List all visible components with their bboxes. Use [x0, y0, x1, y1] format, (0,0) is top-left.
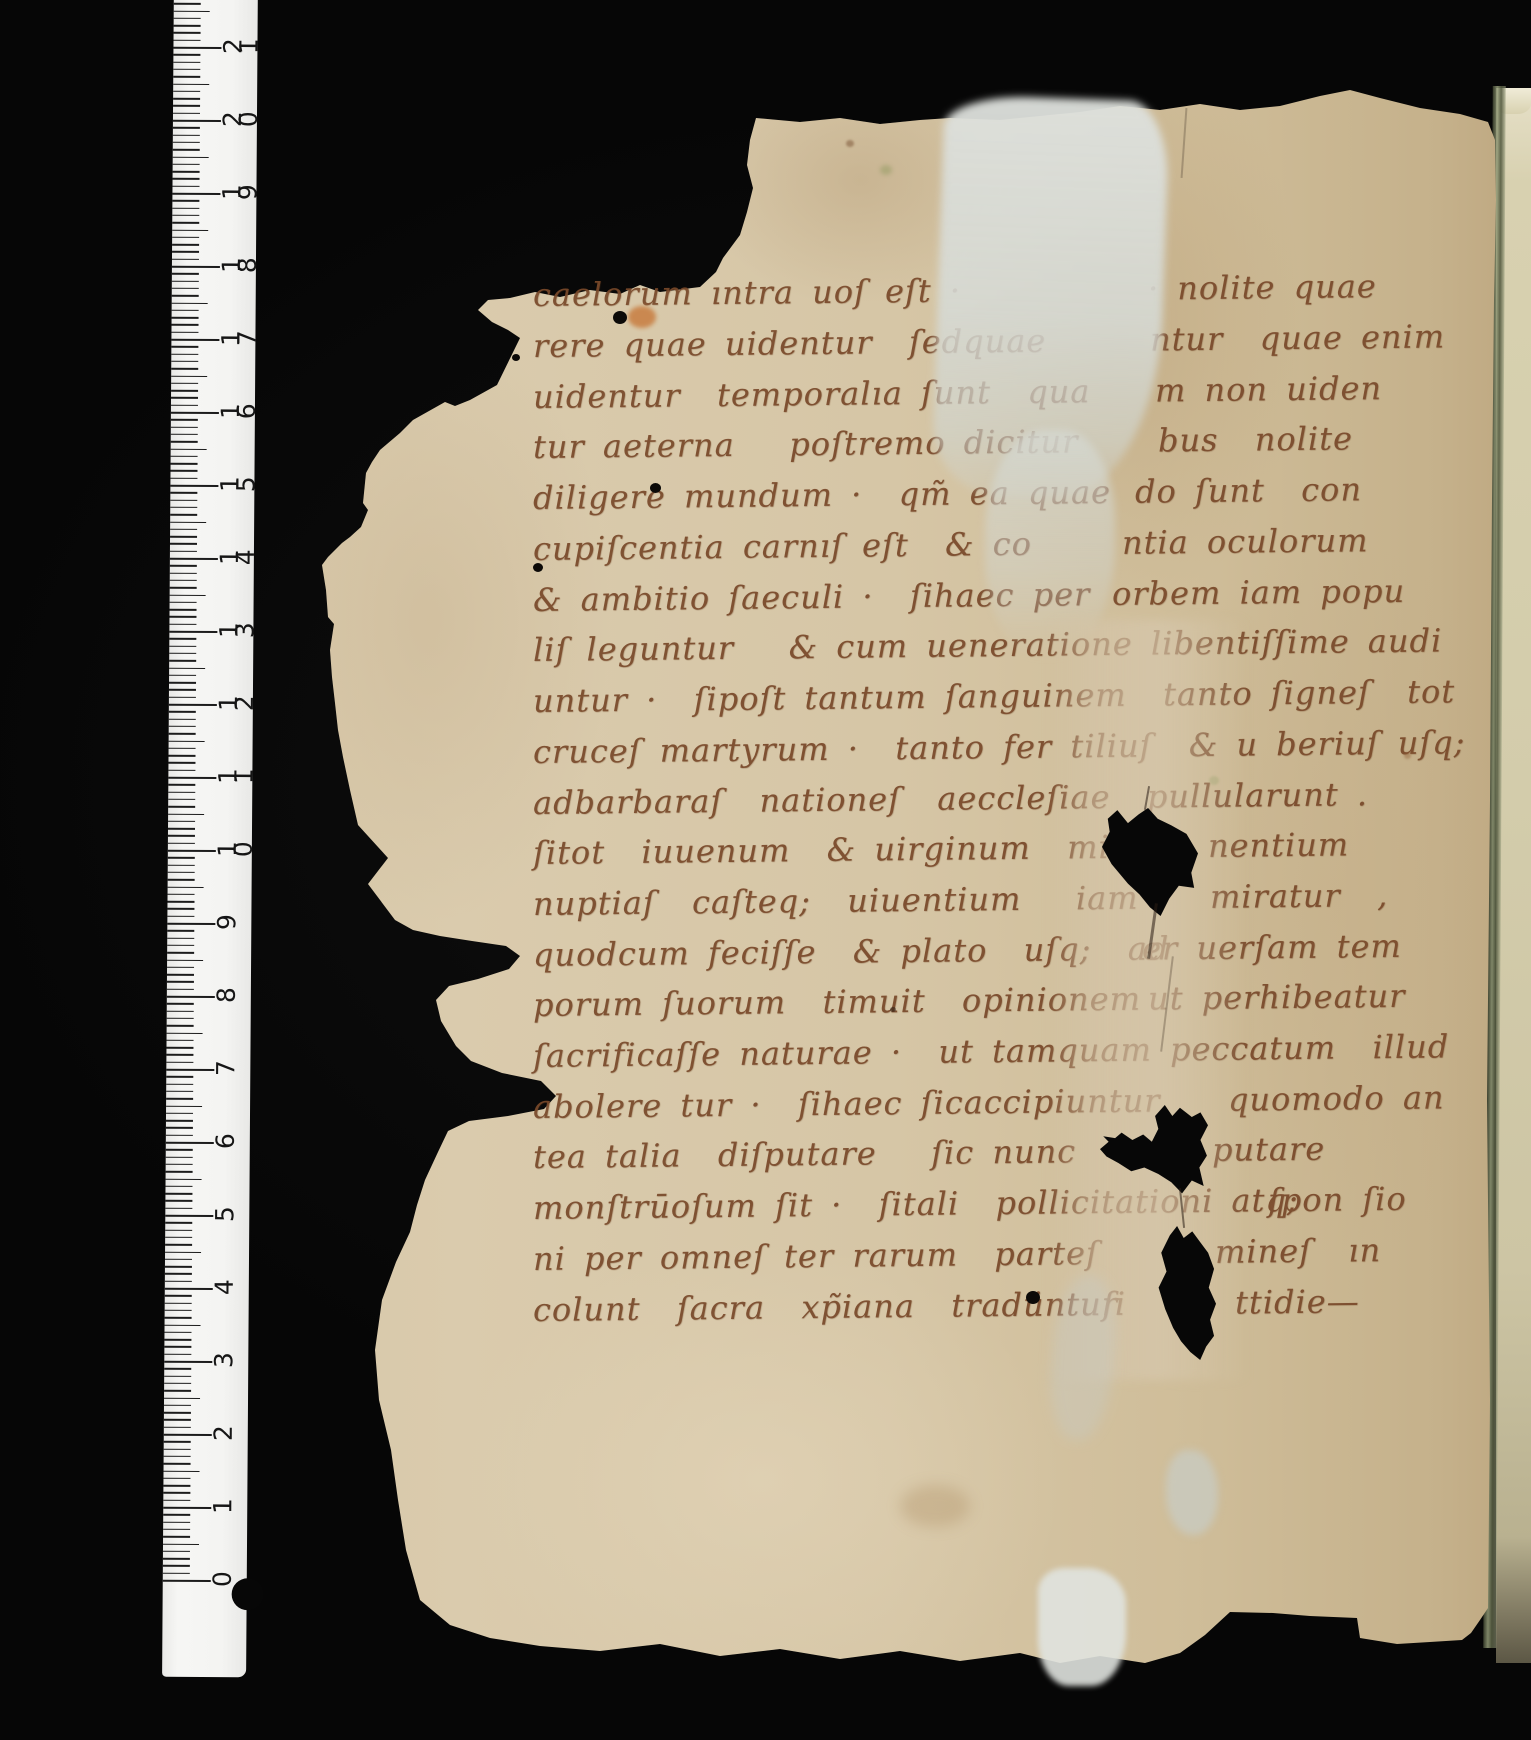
- cm-ruler: 0123456789101112131415161718192021: [162, 0, 258, 1677]
- ruler-number: 9: [219, 909, 235, 935]
- ruler-mm-tick: [167, 974, 194, 976]
- ruler-mm-tick: [166, 1164, 193, 1166]
- ruler-mm-tick: [164, 1470, 200, 1472]
- ruler-mm-tick: [163, 1572, 190, 1574]
- ruler-mm-tick: [173, 112, 200, 114]
- ruler-mm-tick: [169, 660, 196, 662]
- ruler-number: 4: [217, 1274, 233, 1300]
- ruler-mm-tick: [163, 1485, 190, 1487]
- ruler-mm-tick: [168, 813, 204, 815]
- line-segment: ntur quae enim: [1150, 314, 1446, 361]
- ruler-mm-tick: [168, 762, 195, 764]
- ruler-number: 8: [219, 982, 235, 1008]
- ruler-cm-tick: [164, 1434, 212, 1437]
- ruler-number: 7: [218, 1055, 234, 1081]
- ruler-mm-tick: [171, 383, 198, 385]
- ruler-mm-tick: [173, 54, 200, 56]
- ruler-mm-tick: [166, 1091, 193, 1093]
- ruler-mm-tick: [166, 1149, 193, 1151]
- ruler-mm-tick: [165, 1317, 192, 1319]
- ruler-mm-tick: [172, 207, 199, 209]
- ruler-mm-tick: [165, 1237, 192, 1239]
- brown-smudge: [900, 1485, 970, 1527]
- ruler-mm-tick: [174, 10, 210, 12]
- ruler-mm-tick: [165, 1207, 192, 1209]
- line-segment: ntia oculorum: [1122, 518, 1369, 565]
- brown-freckle: [846, 140, 854, 147]
- ruler-mm-tick: [166, 1185, 193, 1187]
- ruler-mm-tick: [163, 1529, 190, 1531]
- ruler-mm-tick: [163, 1499, 190, 1501]
- ruler-mm-tick: [173, 171, 200, 173]
- ruler-cm-tick: [170, 558, 218, 561]
- ruler-cm-tick: [171, 339, 219, 342]
- ruler-mm-tick: [170, 565, 197, 567]
- ruler-mm-tick: [167, 908, 194, 910]
- ruler-mm-tick: [169, 675, 196, 677]
- faded-ink-band: [1048, 620, 1248, 1380]
- ruler-mm-tick: [167, 945, 194, 947]
- ruler-mm-tick: [173, 91, 200, 93]
- ruler-mm-tick: [165, 1222, 192, 1224]
- ruler-cm-tick: [167, 923, 215, 926]
- ruler-mm-tick: [163, 1543, 199, 1545]
- line-segment: ni per omneſ ter rarum parteſ: [533, 1234, 1099, 1278]
- ruler-mm-tick: [169, 748, 196, 750]
- ruler-cm-tick: [170, 485, 218, 488]
- ruler-mm-tick: [166, 1054, 193, 1056]
- ruler-mm-tick: [170, 507, 197, 509]
- ruler-mm-tick: [170, 529, 197, 531]
- ruler-mm-tick: [167, 937, 194, 939]
- ruler-mm-tick: [168, 872, 195, 874]
- ruler-mm-tick: [167, 1025, 194, 1027]
- line-segment: liſ leguntur & cum ueneratione libentiſſ…: [533, 621, 1443, 669]
- ruler-mm-tick: [172, 251, 199, 253]
- ruler-mm-tick: [165, 1280, 192, 1282]
- ruler-mm-tick: [173, 142, 200, 144]
- ruler-mm-tick: [169, 755, 196, 757]
- ruler-mm-tick: [170, 609, 197, 611]
- brown-freckle: [1404, 752, 1411, 759]
- ruler-mm-tick: [169, 616, 196, 618]
- ruler-mm-tick: [165, 1251, 201, 1253]
- ruler-mm-tick: [168, 799, 195, 801]
- ruler-mm-tick: [171, 368, 198, 370]
- ruler-mm-tick: [167, 981, 194, 983]
- ruler-mm-tick: [166, 1083, 193, 1085]
- ruler-mm-tick: [167, 952, 194, 954]
- ruler-mm-tick: [171, 434, 198, 436]
- ruler-number: 17: [223, 325, 255, 351]
- ruler-mm-tick: [166, 1120, 193, 1122]
- ruler-mm-tick: [163, 1558, 190, 1560]
- line-segment: m non uiden: [1155, 366, 1382, 412]
- ruler-mm-tick: [172, 215, 199, 217]
- ruler-mm-tick: [168, 857, 195, 859]
- ruler-mm-tick: [164, 1353, 191, 1355]
- ruler-mm-tick: [166, 1134, 193, 1136]
- ruler-mm-tick: [174, 39, 201, 41]
- line-segment: caelorum ıntra uoſ eſt ·: [533, 272, 961, 314]
- ruler-cm-tick: [165, 1215, 213, 1218]
- ruler-cm-tick: [169, 704, 217, 707]
- ruler-mm-tick: [167, 988, 194, 990]
- repair-tissue-bottom: [1038, 1568, 1126, 1686]
- ruler-mm-tick: [174, 3, 201, 5]
- ruler-mm-tick: [170, 543, 197, 545]
- small-speck: [890, 1007, 896, 1012]
- small-hole: [613, 311, 627, 324]
- ruler-mm-tick: [172, 295, 199, 297]
- ruler-mm-tick: [163, 1550, 190, 1552]
- ruler-mm-tick: [172, 280, 199, 282]
- ruler-mm-tick: [171, 375, 207, 377]
- ruler-number: 16: [223, 398, 255, 424]
- ruler-mm-tick: [174, 25, 201, 27]
- ruler-mm-tick: [170, 499, 197, 501]
- line-segment: cupiſcentia carnıſ eſt & co: [533, 525, 1032, 568]
- ruler-mm-tick: [165, 1266, 192, 1268]
- ruler-cm-tick: [163, 1507, 211, 1510]
- ruler-mm-tick: [164, 1397, 200, 1399]
- ruler-mm-tick: [174, 32, 201, 34]
- line-segment: bus nolite: [1158, 416, 1353, 462]
- ruler-mm-tick: [172, 222, 199, 224]
- ruler-mm-tick: [164, 1463, 191, 1465]
- ruler-mm-tick: [164, 1390, 191, 1392]
- ruler-cm-tick: [166, 1142, 214, 1145]
- ruler-mm-tick: [163, 1477, 190, 1479]
- ruler-mm-tick: [173, 149, 200, 151]
- ruler-mm-tick: [167, 959, 203, 961]
- ruler-mm-tick: [170, 470, 197, 472]
- ruler-cm-tick: [168, 777, 216, 780]
- ruler-mm-tick: [173, 76, 200, 78]
- ruler-number: 11: [220, 763, 252, 789]
- ruler-mm-tick: [170, 521, 206, 523]
- ruler-mm-tick: [173, 61, 200, 63]
- ruler-mm-tick: [173, 127, 200, 129]
- ruler-mm-tick: [169, 711, 196, 713]
- ruler-mm-tick: [167, 1032, 203, 1034]
- ruler-mm-tick: [169, 726, 196, 728]
- ruler-mm-tick: [165, 1324, 201, 1326]
- ruler-mm-tick: [164, 1368, 191, 1370]
- ruler-mm-tick: [166, 1112, 193, 1114]
- ruler-mm-tick: [166, 1178, 202, 1180]
- small-hole: [512, 354, 520, 361]
- ruler-mm-tick: [173, 156, 209, 158]
- ruler-mm-tick: [165, 1193, 192, 1195]
- ruler-mm-tick: [170, 580, 197, 582]
- ruler-number: 15: [222, 471, 254, 497]
- ruler-number: 19: [224, 179, 256, 205]
- ruler-mm-tick: [170, 514, 197, 516]
- repair-tissue-lower: [1166, 1450, 1218, 1535]
- ruler-cm-tick: [164, 1361, 212, 1364]
- ruler-mm-tick: [170, 587, 197, 589]
- line-segment: ſacrificaſſe naturae · ut tamquam peccat…: [533, 1027, 1450, 1075]
- line-segment: untur · ſipoſt tantum ſanguinem tanto ſi…: [533, 672, 1455, 720]
- ruler-cm-tick: [173, 120, 221, 123]
- manuscript-line: caelorum ıntra uoſ eſt ·· nolite quae: [533, 269, 961, 317]
- ruler-mm-tick: [173, 164, 200, 166]
- ruler-mm-tick: [168, 886, 204, 888]
- ruler-mm-tick: [173, 178, 200, 180]
- ruler-mm-tick: [171, 441, 198, 443]
- ruler-mm-tick: [164, 1448, 191, 1450]
- ruler-mm-tick: [172, 273, 199, 275]
- ruler-mm-tick: [163, 1565, 190, 1567]
- line-segment: quomodo an: [1228, 1075, 1445, 1121]
- ruler-mm-tick: [163, 1521, 190, 1523]
- ruler-mm-tick: [167, 1003, 194, 1005]
- ruler-number: 14: [222, 544, 254, 570]
- ruler-mm-tick: [170, 602, 197, 604]
- ruler-cm-tick: [171, 412, 219, 415]
- ruler-mm-tick: [168, 864, 195, 866]
- ruler-mm-tick: [168, 821, 195, 823]
- ruler-mm-tick: [171, 397, 198, 399]
- ruler-number: 20: [225, 106, 257, 132]
- ruler-mm-tick: [164, 1456, 191, 1458]
- ruler-mm-tick: [171, 419, 198, 421]
- ruler-mm-tick: [169, 623, 196, 625]
- manuscript-line: cupiſcentia carnıſ eſt & contia oculorum: [533, 522, 1032, 571]
- ruler-mm-tick: [167, 967, 194, 969]
- ruler-mm-tick: [171, 448, 207, 450]
- ruler-number: 2: [216, 1420, 232, 1446]
- ruler-mm-tick: [163, 1514, 190, 1516]
- ruler-mm-tick: [170, 492, 197, 494]
- ruler-mm-tick: [169, 667, 205, 669]
- ruler-mm-tick: [166, 1105, 202, 1107]
- ruler-mm-tick: [168, 894, 195, 896]
- ruler-mm-tick: [168, 806, 195, 808]
- ruler-mm-tick: [170, 477, 197, 479]
- ruler-mm-tick: [164, 1375, 191, 1377]
- ruler-mm-tick: [172, 185, 199, 187]
- ruler-mm-tick: [171, 353, 198, 355]
- ruler-mm-tick: [164, 1404, 191, 1406]
- ruler-number: 18: [224, 252, 256, 278]
- ruler-mm-tick: [172, 310, 199, 312]
- ruler-mm-tick: [169, 645, 196, 647]
- ruler-mm-tick: [168, 828, 195, 830]
- ruler-number: 3: [216, 1347, 232, 1373]
- ruler-mm-tick: [164, 1426, 191, 1428]
- ruler-mm-tick: [172, 288, 199, 290]
- ruler-mm-tick: [165, 1200, 192, 1202]
- ruler-mm-tick: [172, 229, 208, 231]
- ruler-mm-tick: [166, 1047, 193, 1049]
- ruler-mm-tick: [164, 1412, 191, 1414]
- ruler-mm-tick: [169, 718, 196, 720]
- small-hole: [650, 483, 661, 493]
- manuscript-line: ni per omneſ ter rarum parteſmineſ ın: [533, 1231, 1099, 1281]
- ruler-mm-tick: [165, 1273, 192, 1275]
- ruler-mm-tick: [170, 594, 206, 596]
- ruler-cm-tick: [172, 193, 220, 196]
- orange-stain: [628, 306, 656, 328]
- ruler-mm-tick: [171, 331, 198, 333]
- small-hole: [533, 563, 543, 572]
- ruler-mm-tick: [164, 1331, 191, 1333]
- ruler-mm-tick: [165, 1310, 192, 1312]
- ruler-mm-tick: [172, 237, 199, 239]
- ruler-mm-tick: [163, 1492, 190, 1494]
- line-segment: ſpon ſio: [1268, 1177, 1407, 1222]
- ruler-mm-tick: [170, 572, 197, 574]
- ruler-mm-tick: [166, 1171, 193, 1173]
- ruler-cm-tick: [172, 266, 220, 269]
- line-segment: orbem iam popu: [1112, 569, 1406, 616]
- ruler-mm-tick: [169, 653, 196, 655]
- ruler-mm-tick: [172, 200, 199, 202]
- line-segment: do ſunt con: [1135, 467, 1362, 513]
- ruler-mm-tick: [165, 1229, 192, 1231]
- ruler-mm-tick: [168, 784, 195, 786]
- green-tinge-spot: [880, 165, 892, 175]
- ruler-mm-tick: [164, 1383, 191, 1385]
- ruler-mm-tick: [171, 390, 198, 392]
- ruler-mm-tick: [168, 879, 195, 881]
- ruler-mm-tick: [166, 1061, 193, 1063]
- ruler-mm-tick: [172, 258, 199, 260]
- photograph-stage: 0123456789101112131415161718192021 caelo…: [0, 0, 1531, 1740]
- ruler-mm-tick: [173, 69, 200, 71]
- ink-blot: [1026, 1291, 1040, 1304]
- ruler-mm-tick: [165, 1244, 192, 1246]
- ruler-mm-tick: [172, 317, 199, 319]
- ruler-mm-tick: [169, 733, 196, 735]
- line-segment: ſitot iuuenum & uirginum mili: [533, 828, 1133, 872]
- ruler-mm-tick: [166, 1127, 193, 1129]
- ruler-mm-tick: [171, 426, 198, 428]
- ruler-mm-tick: [169, 696, 196, 698]
- ruler-number: 5: [217, 1201, 233, 1227]
- ruler-mm-tick: [169, 638, 196, 640]
- ruler-mm-tick: [167, 915, 194, 917]
- ruler-mm-tick: [172, 244, 199, 246]
- ruler-mm-tick: [171, 346, 198, 348]
- ruler-cm-tick: [167, 996, 215, 999]
- ruler-mm-tick: [164, 1441, 191, 1443]
- ruler-mm-tick: [167, 1039, 194, 1041]
- ruler-mm-tick: [172, 324, 199, 326]
- ruler-number: 13: [221, 617, 253, 643]
- ruler-mm-tick: [164, 1346, 191, 1348]
- ruler-mm-tick: [170, 536, 197, 538]
- ruler-mm-tick: [164, 1339, 191, 1341]
- ruler-mm-tick: [171, 463, 198, 465]
- ruler-cm-tick: [169, 631, 217, 634]
- ruler-mm-tick: [169, 740, 205, 742]
- line-segment: cruceſ martyrum · tanto fer tiliuſ & u b…: [533, 723, 1466, 771]
- ruler-mm-tick: [172, 302, 208, 304]
- ruler-mm-tick: [168, 791, 195, 793]
- ruler-mm-tick: [168, 835, 195, 837]
- ruler-mm-tick: [173, 98, 200, 100]
- ruler-mm-tick: [170, 550, 197, 552]
- ruler-number: 10: [220, 836, 252, 862]
- ruler-mm-tick: [171, 361, 198, 363]
- ruler-cm-tick: [165, 1288, 213, 1291]
- ruler-mm-tick: [166, 1076, 193, 1078]
- ruler-mm-tick: [166, 1156, 193, 1158]
- ruler-mm-tick: [164, 1419, 191, 1421]
- line-segment: · nolite quae: [1148, 264, 1377, 310]
- ruler-mm-tick: [171, 456, 198, 458]
- ruler-mm-tick: [167, 930, 194, 932]
- ruler-mm-tick: [166, 1098, 193, 1100]
- ruler-mm-tick: [173, 83, 209, 85]
- ruler-mm-tick: [168, 769, 195, 771]
- ruler-mm-tick: [167, 901, 194, 903]
- ruler-mm-tick: [167, 1010, 194, 1012]
- manuscript-line: colunt ſacra xp̃iana tradünturſi ttidie—: [533, 1282, 1118, 1332]
- ruler-mm-tick: [169, 689, 196, 691]
- ruler-mm-tick: [174, 18, 201, 20]
- ruler-mm-tick: [171, 404, 198, 406]
- ruler-number: 0: [215, 1566, 231, 1592]
- ruler-cm-tick: [166, 1069, 214, 1072]
- ruler-cm-tick: [168, 850, 216, 853]
- ruler-mm-tick: [163, 1536, 190, 1538]
- manuscript-line: ſitot iuuenum & uirginum milinentium: [533, 825, 1133, 875]
- ruler-cm-tick: [173, 47, 221, 50]
- ruler-mm-tick: [173, 134, 200, 136]
- ruler-mm-tick: [165, 1258, 192, 1260]
- ruler-number: 1: [215, 1493, 231, 1519]
- ruler-mm-tick: [169, 682, 196, 684]
- ruler-number: 12: [221, 690, 253, 716]
- ruler-mm-tick: [165, 1302, 192, 1304]
- ruler-cm-tick: [163, 1580, 211, 1583]
- ruler-number: 6: [218, 1128, 234, 1154]
- ruler-mm-tick: [165, 1295, 192, 1297]
- ruler-mm-tick: [173, 105, 200, 107]
- ruler-number: 21: [225, 33, 257, 59]
- ruler-mm-tick: [167, 1018, 194, 1020]
- ruler-mm-tick: [168, 842, 195, 844]
